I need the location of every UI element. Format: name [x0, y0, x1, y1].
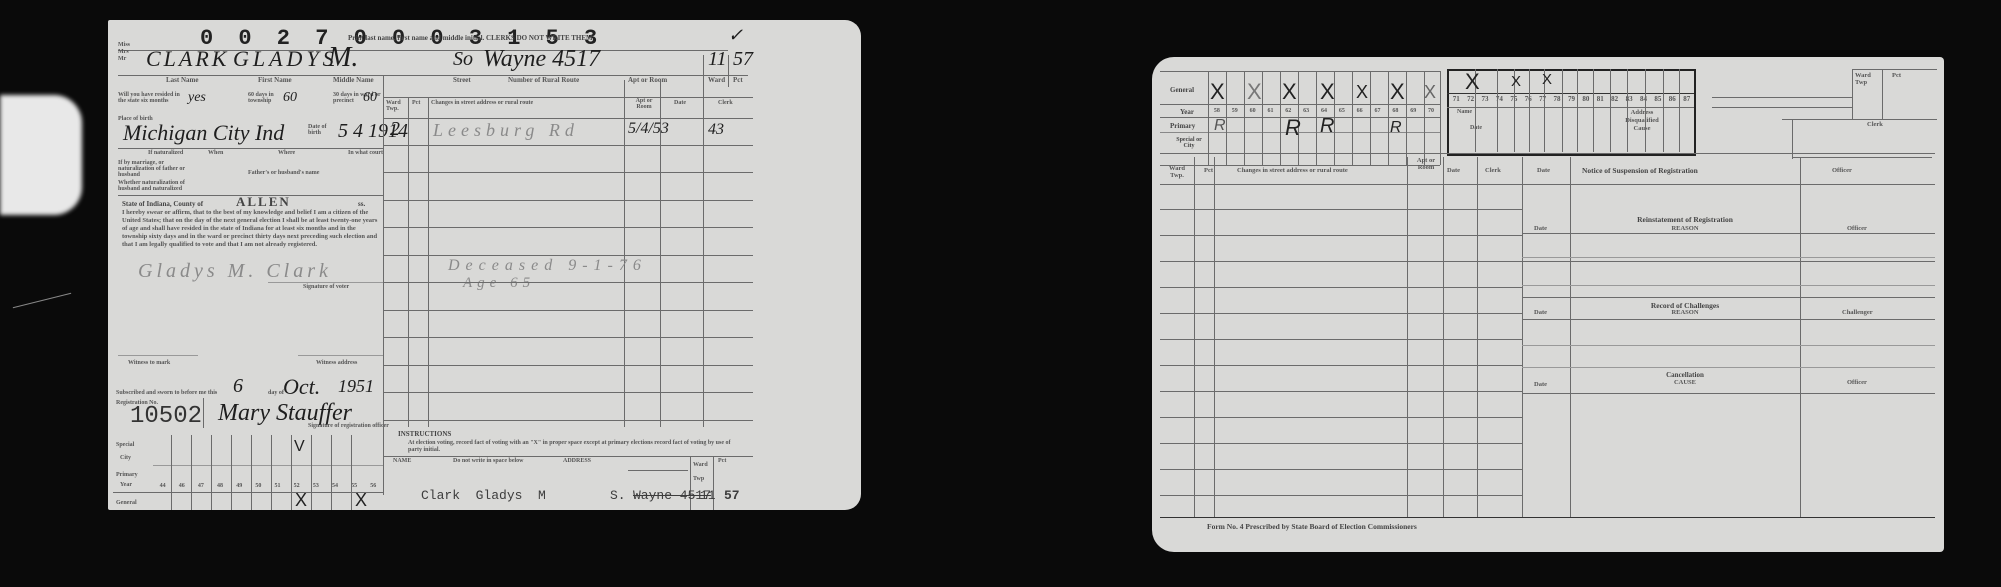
changes-header-apt: Apt or Room: [630, 98, 658, 110]
instructions-title: INSTRUCTIONS: [398, 430, 451, 438]
residence-state-label: Will you have resided in the state six m…: [118, 92, 188, 104]
index-note: Do not write in space below: [453, 458, 524, 464]
dob-label: Date of birth: [308, 124, 334, 136]
voter-signature: Gladys M. Clark: [138, 260, 332, 283]
row-label-special: Special or City: [1174, 137, 1204, 149]
deceased-note: Deceased 9-1-76: [448, 257, 647, 275]
index-ward: 11: [700, 488, 716, 503]
cancellation-header-date: Date: [1534, 381, 1547, 388]
pct-value: 57: [733, 48, 753, 71]
suspension-header-officer: Officer: [1832, 167, 1852, 174]
witness-label: Witness to mark: [128, 360, 170, 366]
checkmark-icon: ✓: [728, 25, 743, 46]
registration-card-front: 0 0 2 7 0 0 0 3 1 5 3 Print last name, f…: [108, 20, 861, 510]
primary-mark-icon: R: [1320, 115, 1334, 138]
form-footer: Form No. 4 Prescribed by State Board of …: [1207, 522, 1417, 531]
voted-mark-icon: X: [1282, 79, 1297, 105]
changes-header-pct: Pct: [412, 100, 420, 106]
changes-header-pct: Pct: [1204, 167, 1213, 174]
voted-mark-icon: V: [294, 438, 305, 456]
changes-header-date: Date: [674, 100, 686, 106]
street-label: Street: [453, 76, 471, 84]
row-label-primary: Primary: [116, 472, 138, 478]
suspension-header-notice: Notice of Suspension of Registration: [1582, 166, 1698, 175]
changes-header-clerk: Clerk: [718, 100, 733, 106]
primary-mark-icon: R: [1390, 119, 1402, 137]
middle-initial-value: M.: [328, 42, 358, 74]
row-label-year: Year: [1180, 108, 1194, 116]
where-label: Where: [278, 150, 295, 156]
registration-number: 10502: [130, 403, 202, 430]
reinstatement-header-date: Date: [1534, 225, 1547, 232]
title-prefix: Miss Mrs Mr: [118, 42, 130, 63]
year-cells-block2: 71 72 73 74 75 76 77 78 79 80 81 82 83 8…: [1449, 95, 1694, 103]
registration-card-back: General Year Primary Special or City 58 …: [1152, 57, 1944, 552]
changes-header-address: Changes in street address or rural route: [1237, 167, 1348, 174]
row-label-primary: Primary: [1170, 122, 1195, 130]
index-ward-label: Ward Twp: [693, 458, 711, 486]
voted-mark-icon: X: [1320, 79, 1335, 105]
voted-mark-icon: X: [1247, 79, 1262, 105]
subscribed-label: Subscribed and sworn to before me this: [116, 390, 217, 396]
voted-mark-icon: X: [1465, 69, 1480, 95]
block2-name-label: Name: [1457, 109, 1472, 115]
primary-mark-icon: R: [1214, 117, 1226, 135]
cancellation-header-officer: Officer: [1847, 379, 1867, 386]
changes-header-clerk: Clerk: [1485, 167, 1501, 174]
top-pct-label: Pct: [1892, 72, 1901, 79]
voted-mark-icon: X: [1390, 79, 1405, 105]
voted-mark-icon: X: [295, 490, 307, 510]
when-label: When: [208, 150, 223, 156]
index-name: Clark Gladys M: [421, 488, 546, 503]
film-scratch: [13, 293, 71, 308]
father-label: If by marriage, or naturalization of fat…: [118, 160, 193, 178]
row-label-general: General: [1170, 86, 1194, 94]
oath-county: ALLEN: [236, 194, 291, 210]
changes-header-ward: Ward Twp.: [386, 100, 408, 112]
oath-ss: ss.: [358, 200, 365, 208]
voted-mark-icon: X: [1511, 73, 1521, 90]
subscribed-month: Oct.: [283, 374, 320, 400]
challenges-header-challenger: Challenger: [1842, 309, 1873, 316]
changes-header-address: Changes in street address or rural route: [431, 100, 533, 106]
changes-header-apt: Apt or Room: [1412, 157, 1440, 171]
first-name-value: GLADYS: [233, 46, 338, 72]
challenges-header-date: Date: [1534, 309, 1547, 316]
residence-state-value: yes: [188, 90, 206, 106]
voted-mark-icon: X: [1356, 82, 1368, 103]
deceased-age: Age 65: [463, 275, 535, 292]
suspension-header-date: Date: [1537, 167, 1550, 174]
instructions-text: At election voting, record fact of votin…: [408, 440, 738, 454]
row-label-city: City: [120, 455, 131, 461]
house-number-label: Number of Rural Route: [508, 76, 579, 84]
oath-state-label: State of Indiana, County of: [122, 200, 203, 208]
subscribed-year: 1951: [338, 376, 374, 397]
residence-precinct-label: 30 days in ward or precinct: [333, 92, 388, 104]
naturalized-label: If naturalized: [148, 150, 183, 156]
middle-name-label: Middle Name: [333, 76, 374, 84]
father-name-label: Father's or husband's name: [248, 170, 319, 176]
derivative-label: Whether naturalization of husband and na…: [118, 180, 198, 192]
court-label: In what court: [348, 150, 383, 156]
challenges-header-reason: REASON: [1570, 309, 1800, 316]
index-name-label: NAME: [393, 458, 411, 464]
year-cells: 44 46 47 48 49 50 51 52 53 54 55 56: [153, 483, 383, 489]
voted-mark-icon: X: [355, 490, 367, 510]
voted-mark-icon: X: [1542, 71, 1552, 88]
voted-mark-icon: X: [1210, 79, 1225, 105]
last-name-value: CLARK: [146, 46, 229, 72]
index-street-prefix: S.: [610, 488, 626, 503]
index-address-label: ADDRESS: [563, 458, 591, 464]
row-label-general: General: [116, 500, 137, 506]
reinstatement-header-officer: Officer: [1847, 225, 1867, 232]
block2-date-label: Date: [1470, 125, 1482, 131]
top-ward-twp-label: Ward Twp: [1855, 72, 1881, 86]
cancellation-header-cause: CAUSE: [1570, 379, 1800, 386]
changes-header-ward: Ward Twp.: [1162, 165, 1192, 179]
cancellation-title: Cancellation: [1570, 371, 1800, 379]
reinstatement-title: Reinstatement of Registration: [1570, 215, 1800, 224]
subscribed-day: 6: [233, 375, 243, 398]
residence-precinct-value: 60: [363, 90, 377, 106]
header-instruction: Print last name, first name and middle i…: [348, 34, 593, 42]
disqualified-labels: Address Disqualified Cause: [1592, 109, 1692, 133]
birthplace-value: Michigan City Ind: [123, 120, 284, 146]
voter-signature-label: Signature of voter: [303, 284, 349, 290]
street-value: Wayne 4517: [483, 46, 600, 73]
ward-label: Ward: [708, 76, 725, 84]
day-of-label: day of: [268, 390, 284, 396]
index-pct-label: Pct: [718, 458, 726, 464]
index-pct: 57: [724, 488, 740, 503]
first-name-label: First Name: [258, 76, 292, 84]
row-label-year: Year: [120, 482, 132, 488]
changes-header-date: Date: [1447, 167, 1460, 174]
street-prefix-value: So: [453, 48, 473, 71]
pct-label: Pct: [733, 76, 743, 84]
residence-county-value: 60: [283, 90, 297, 106]
primary-mark-icon: R: [1285, 115, 1301, 141]
oath-text: I hereby swear or affirm, that to the be…: [122, 209, 382, 249]
voted-mark-icon: X: [1424, 82, 1436, 103]
row-label-special: Special: [116, 442, 134, 448]
top-clerk-label: Clerk: [1867, 121, 1883, 128]
officer-signature-label: Signature of registration officer: [308, 423, 389, 429]
apt-label: Apt or Room: [628, 76, 667, 84]
film-artifact: [0, 95, 82, 215]
ward-value: 11: [708, 48, 727, 71]
witness-address-label: Witness address: [316, 360, 357, 366]
reinstatement-header-reason: REASON: [1570, 225, 1800, 232]
last-name-label: Last Name: [166, 76, 198, 84]
